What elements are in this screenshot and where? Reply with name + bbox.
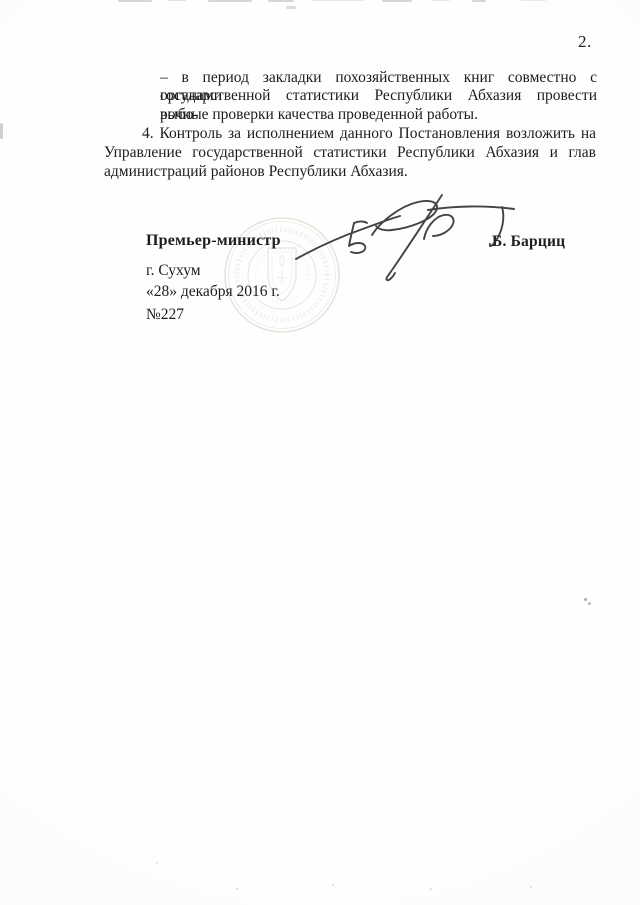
handwritten-signature-icon — [288, 188, 526, 286]
body-line: Управление государственной статистики Ре… — [104, 144, 596, 163]
body-line: 4. Контроль за исполнением данного Поста… — [104, 125, 596, 144]
scanned-document-page: 2. – в период закладки похозяйственных к… — [0, 0, 640, 905]
scan-smudge — [268, 0, 294, 2]
document-number: №227 — [146, 306, 184, 324]
scan-smudge — [118, 0, 152, 2]
scan-smudge — [286, 6, 296, 9]
scan-speckle — [156, 862, 158, 864]
scan-smudge — [382, 0, 412, 2]
scan-speckle — [588, 602, 591, 605]
scan-speckle — [332, 884, 334, 886]
scan-speckle — [236, 888, 238, 890]
signing-place: г. Сухум — [146, 262, 201, 280]
scan-speckle — [530, 886, 532, 888]
scan-speckle — [430, 888, 432, 890]
body-line: рочные проверки качества проведенной раб… — [160, 106, 597, 125]
body-line: администраций районов Республики Абхазия… — [104, 163, 596, 182]
scan-edge-mark — [0, 123, 3, 139]
body-line: – в период закладки похозяйственных книг… — [160, 69, 597, 88]
scan-smudge — [472, 0, 486, 2]
scan-smudge — [168, 0, 186, 1]
signer-title: Премьер-министр — [146, 232, 281, 250]
scan-smudge — [520, 0, 546, 1]
scan-smudge — [208, 0, 252, 2]
signing-date: «28» декабря 2016 г. — [146, 283, 280, 301]
page-number: 2. — [578, 32, 618, 52]
body-line: государственной статистики Республики Аб… — [160, 87, 597, 106]
scan-smudge — [312, 0, 364, 1]
scan-speckle — [584, 598, 587, 601]
scan-smudge — [432, 0, 450, 1]
